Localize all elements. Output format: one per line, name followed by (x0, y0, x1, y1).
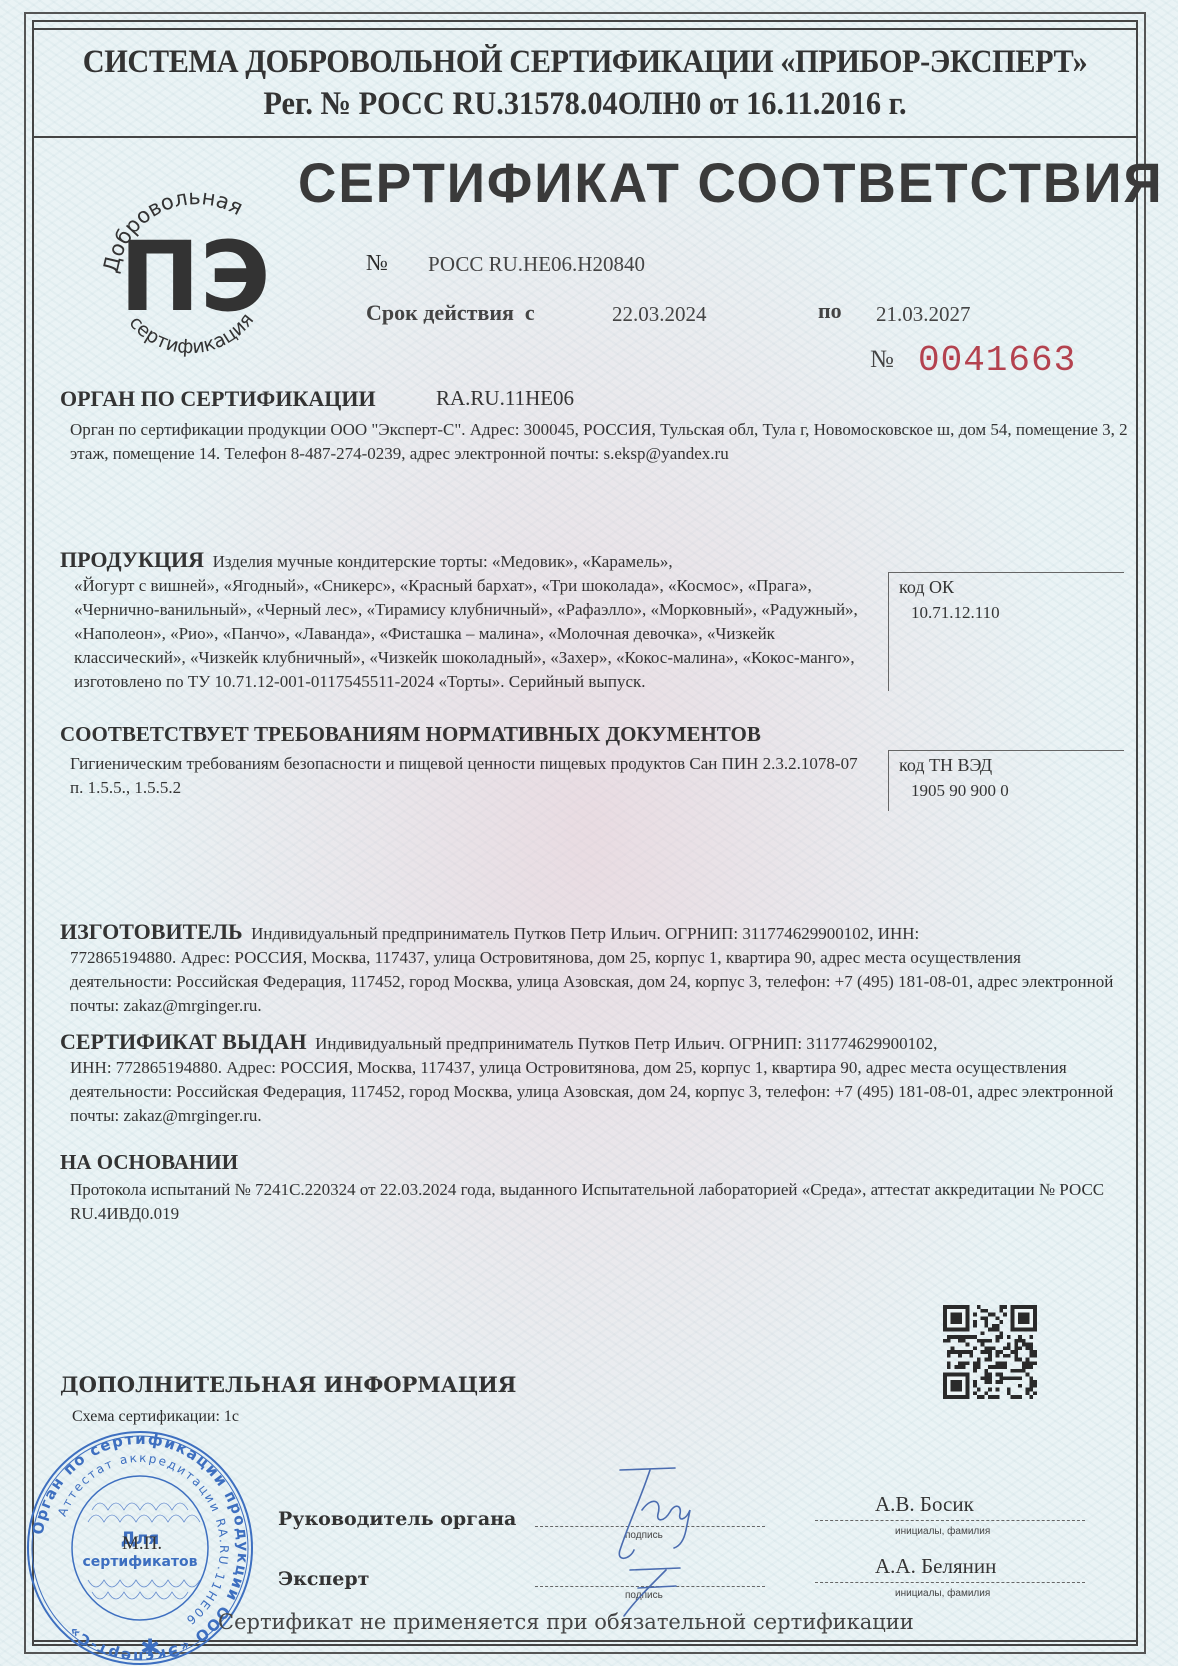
system-registration: Рег. № РОСС RU.31578.04ОЛН0 от 16.11.201… (76, 86, 1094, 123)
expert-name: А.А. Белянин (875, 1554, 996, 1579)
issued-to-heading: СЕРТИФИКАТ ВЫДАН (60, 1029, 307, 1054)
basis-heading: НА ОСНОВАНИИ (60, 1150, 238, 1175)
head-role-label: Руководитель органа (278, 1508, 516, 1530)
valid-to-date: 21.03.2027 (876, 302, 971, 327)
valid-to-label: по (818, 298, 842, 324)
head-name-caption: инициалы, фамилия (895, 1526, 990, 1537)
conformity-text: Гигиеническим требованиям безопасности и… (70, 752, 870, 800)
validity-label: Срок действия с (366, 300, 535, 326)
conformity-heading: СООТВЕТСТВУЕТ ТРЕБОВАНИЯМ НОРМАТИВНЫХ ДО… (60, 722, 761, 747)
issued-to-text-rest: ИНН: 772865194880. Адрес: РОССИЯ, Москва… (60, 1056, 1120, 1128)
footer-note: Сертификат не применяется при обязательн… (218, 1610, 914, 1634)
basis-text: Протокола испытаний № 7241С.220324 от 22… (70, 1178, 1130, 1226)
handwritten-signature-icon (590, 1460, 740, 1620)
product-text-first: Изделия мучные кондитерские торты: «Медо… (213, 552, 673, 571)
additional-info-heading: ДОПОЛНИТЕЛЬНАЯ ИНФОРМАЦИЯ (60, 1372, 516, 1397)
expert-role-label: Эксперт (278, 1568, 369, 1590)
certificate-title: СЕРТИФИКАТ СООТВЕТСТВИЯ (298, 150, 1164, 215)
certificate-number: РОСС RU.HE06.H20840 (428, 252, 645, 277)
product-section: ПРОДУКЦИЯ Изделия мучные кондитерские то… (60, 548, 870, 694)
product-heading: ПРОДУКЦИЯ (60, 547, 204, 572)
ok-code-box: код ОК 10.71.12.110 (888, 572, 1124, 691)
valid-from-date: 22.03.2024 (612, 302, 707, 327)
pe-logo-icon: Добровольная ПЭ сертификация (95, 168, 295, 368)
certification-scheme: Схема сертификации: 1с (72, 1408, 239, 1426)
serial-number-label: № (870, 346, 894, 374)
header-rule (32, 136, 1138, 138)
stamp-star-icon: ✱ (140, 1634, 160, 1662)
top-rule (32, 28, 1138, 30)
tnved-code-value: 1905 90 900 0 (911, 781, 1009, 801)
manufacturer-text-first: Индивидуальный предприниматель Путков Пе… (251, 924, 919, 943)
manufacturer-text-rest: 772865194880. Адрес: РОССИЯ, Москва, 117… (60, 946, 1120, 1018)
qr-code-icon (943, 1305, 1037, 1399)
system-name: СИСТЕМА ДОБРОВОЛЬНОЙ СЕРТИФИКАЦИИ «ПРИБО… (76, 44, 1094, 81)
product-text-rest: «Йогурт с вишней», «Ягодный», «Сникерс»,… (60, 574, 870, 694)
ok-code-value: 10.71.12.110 (911, 603, 1000, 623)
seal-placeholder-label: М.П. (122, 1533, 162, 1555)
certification-body-code: RA.RU.11HE06 (436, 386, 574, 411)
head-name: А.В. Босик (875, 1492, 974, 1517)
head-name-line (815, 1520, 1085, 1521)
certificate-number-label: № (366, 250, 388, 276)
certification-body-details: Орган по сертификации продукции ООО "Экс… (70, 418, 1130, 466)
certification-body-heading: ОРГАН ПО СЕРТИФИКАЦИИ (60, 386, 376, 412)
tnved-code-box: код ТН ВЭД 1905 90 900 0 (888, 750, 1124, 811)
issued-to-text-first: Индивидуальный предприниматель Путков Пе… (315, 1034, 937, 1053)
serial-number: 0041663 (918, 340, 1076, 381)
expert-name-line (815, 1582, 1085, 1583)
issued-to-section: СЕРТИФИКАТ ВЫДАН Индивидуальный предприн… (60, 1030, 1120, 1128)
stamp-center-bottom: сертификатов (83, 1554, 198, 1570)
ok-code-label: код ОК (899, 577, 954, 598)
expert-name-caption: инициалы, фамилия (895, 1588, 990, 1599)
manufacturer-section: ИЗГОТОВИТЕЛЬ Индивидуальный предпринимат… (60, 920, 1120, 1018)
manufacturer-heading: ИЗГОТОВИТЕЛЬ (60, 919, 243, 944)
tnved-code-label: код ТН ВЭД (899, 755, 992, 776)
